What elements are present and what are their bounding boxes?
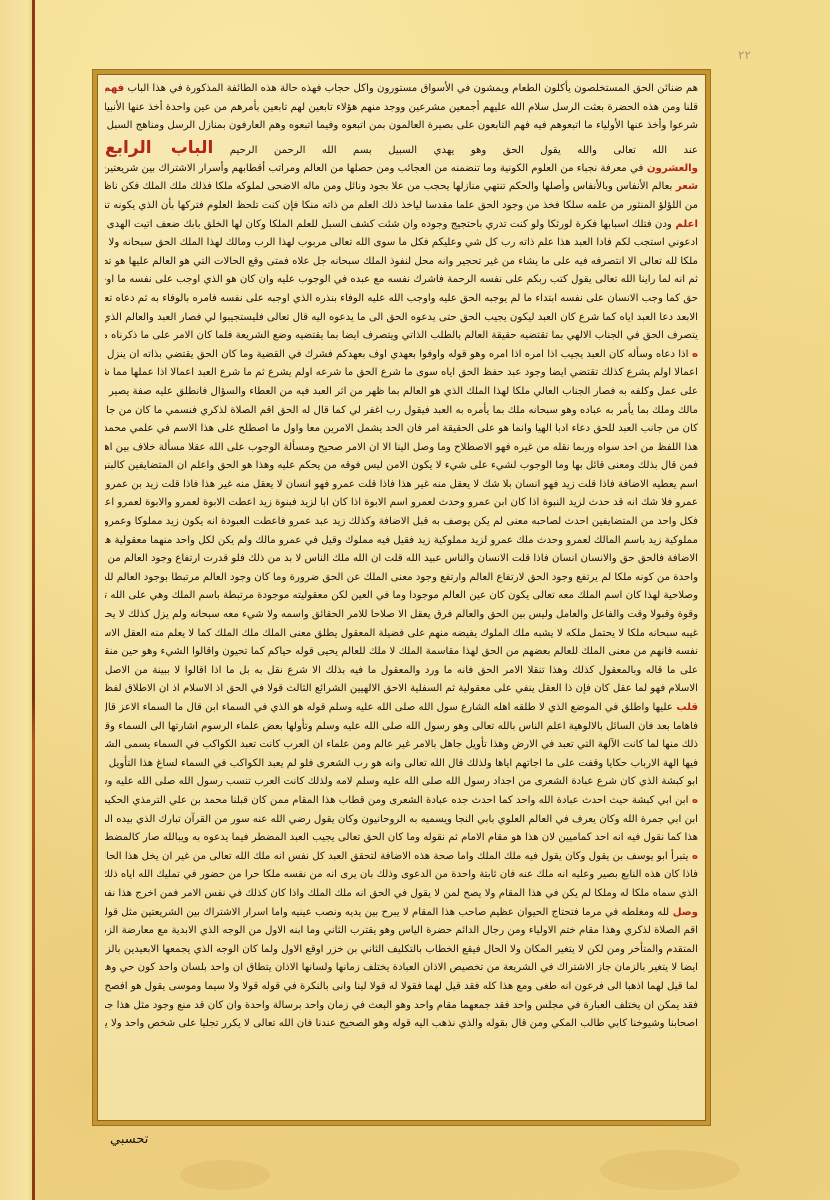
line-text: في معرفة نجباء من العلوم الكونية وما تنض… (105, 163, 643, 174)
text-line: على عمل وكلفه به فصار الجناب العالي ملكا… (105, 383, 698, 402)
rubric-word: فهم (105, 83, 124, 94)
line-text: اذا دعاه وسأله كان العبد يجيب اذا امره ا… (105, 349, 688, 360)
rubric-word: قلب (673, 702, 698, 713)
rubric-word: ه (688, 851, 698, 862)
text-line: فيها الهة الارباب حكايا وقفت على ما اجات… (105, 755, 698, 774)
text-line: كان من جانب العبد للحق دعاء ادبا الهيا و… (105, 420, 698, 439)
line-text: ودن فتلك اسبابها فكرة لورثكا ولو كنت تدر… (105, 219, 672, 230)
text-line: يتصرف الحق في الجناب الالهي بما تقتضيه ح… (105, 327, 698, 346)
rubric-word: وصل (669, 907, 698, 918)
text-line: قلنا ومن هذه الحضرة بعثت الرسل سلام الله… (105, 99, 698, 118)
rubric-word: اعلم (672, 219, 698, 230)
text-line: اسم يعطيه الاضافة فاذا قلت زيد فهو انسان… (105, 476, 698, 495)
text-line: هذا كما نقول فيه انه احد كماميين لان هذا… (105, 829, 698, 848)
line-text: لله ومغلطه في مرما فتحتاج الحيوان عظيم ص… (105, 907, 669, 918)
text-line: فقد يمكن ان يختلف العبارة في مجلس واحد ف… (105, 997, 698, 1016)
text-line: مالك وملك بما يأمر به عباده وهو سبحانه م… (105, 402, 698, 421)
text-line: فاذا كان هذه النابع بصير وعليه انه ملك ع… (105, 866, 698, 885)
text-line: اعلم ودن فتلك اسبابها فكرة لورثكا ولو كن… (105, 216, 698, 235)
text-line: شعر بعالم الأنفاس وبالأنفاس وأصلها والحك… (105, 178, 698, 197)
binding-gutter-line (32, 0, 35, 1200)
text-line: شرعوا وأخذ عنها الأولياء ما اتبعوهم فيه … (105, 117, 698, 136)
catchword: تحسبي (110, 1132, 148, 1147)
text-line: نفسه فانهم من معنى الملك للعالم بعضهم من… (105, 643, 698, 662)
text-line: ذلك منها لما كانت الآلهة التي تعبد في ال… (105, 736, 698, 755)
text-line: اقم الصلاة لذكري وهذا مقام ختم الاولياء … (105, 922, 698, 941)
line-text: ابن ابي كبشة حيث احدث عبادة الله واحد كم… (105, 795, 688, 806)
text-line: والعشرون في معرفة نجباء من العلوم الكوني… (105, 160, 698, 179)
text-line: ابو كبشة الذي كان شرع عبادة الشعرى من اج… (105, 773, 698, 792)
text-line: اعمالا اولم يشرع كذلك تقتضي ايضا وجود عب… (105, 364, 698, 383)
paper-stain (180, 1160, 270, 1190)
chapter-heading-line: عند الله تعالى والله يقول الحق وهو يهدي … (105, 136, 698, 160)
text-line: وقوة وقبولا وقت والفاعل والعامل وليس بين… (105, 606, 698, 625)
text-line: هم ضنائن الحق المستخلصون يأكلون الطعام و… (105, 80, 698, 99)
text-line: على ما قاله وبالمعقول كذلك وهذا تنقلا ال… (105, 662, 698, 681)
text-line: ه اذا دعاه وسأله كان العبد يجيب اذا امره… (105, 346, 698, 365)
line-text: عليها واطلق في الموضع الذي لا طلقه اهله … (461, 702, 673, 713)
text-line: ابن ابي جمرة الله وكان يعرف في العالم ال… (105, 811, 698, 830)
line-text-continuation: سول الله صلى الله عليه وسلم قوله هو الذي… (105, 702, 461, 713)
text-line: المتقدم والمتأخر ومن لكن لا يتغير المكان… (105, 941, 698, 960)
rubric-word: والعشرون (643, 163, 698, 174)
text-line: لما قيل لهما اذهبا الى فرعون انه طغى ومع… (105, 978, 698, 997)
text-line: الذي سماه ملكا له وملكا لم يكن في هذا ال… (105, 885, 698, 904)
manuscript-text-block: هم ضنائن الحق المستخلصون يأكلون الطعام و… (105, 80, 698, 1115)
paper-stain (600, 1150, 740, 1190)
rubric-word: ه (688, 795, 698, 806)
text-line: من اللؤلؤ المنثور من علمه سلكا فخذ من وج… (105, 197, 698, 216)
text-line: غيبه سبحانه ملكا لا يحتمل ملكه لا يشبه م… (105, 625, 698, 644)
text-line: الابعد دعا العبد اياه كما شرع كان العبد … (105, 309, 698, 328)
text-line: عمرو فلا شك انه قد حدث لزيد النبوة اذا ك… (105, 494, 698, 513)
text-line: حق كما وجب الانسان على نفسه ابتداء ما لم… (105, 290, 698, 309)
text-line: اصحابنا وشيوخنا كابي طالب المكي ومن قال … (105, 1015, 698, 1034)
text-line: ه ابن ابي كبشة حيث احدث عبادة الله واحد … (105, 792, 698, 811)
folio-number: ٢٢ (738, 48, 751, 62)
text-line: وصلاحية لهذا كان اسم الملك معه تعالى يكو… (105, 587, 698, 606)
rubric-word: ه (688, 349, 698, 360)
line-text: عند الله تعالى والله يقول الحق وهو يهدي … (213, 145, 698, 156)
text-line: ادعوني استجب لكم فادا العبد هذا علم ذاته… (105, 234, 698, 253)
text-line: ه يتبرأ ابو يوسف بن يقول وكان يقول فيه م… (105, 848, 698, 867)
text-line: ايضا لا يتغير بالزمان جاز الاشتراك في ال… (105, 959, 698, 978)
line-text: هم ضنائن الحق المستخلصون يأكلون الطعام و… (124, 83, 698, 94)
text-frame-border: هم ضنائن الحق المستخلصون يأكلون الطعام و… (93, 70, 710, 1125)
text-line: وصل لله ومغلطه في مرما فتحتاج الحيوان عظ… (105, 904, 698, 923)
text-line: الاضافة فالحق حق والانسان انسان فاذا قلت… (105, 550, 698, 569)
text-line: مملوكية زيد باسم المالك لعمرو وحدث ملك ع… (105, 532, 698, 551)
text-line: قلب عليها واطلق في الموضع الذي لا طلقه ا… (105, 699, 698, 718)
chapter-title-rubric: الباب الرابع (105, 138, 213, 158)
facing-page-edge (0, 0, 34, 1200)
rubric-word: شعر (672, 181, 698, 192)
text-line: فاهاما بعد فان السائل بالالوهية اعلم الن… (105, 718, 698, 737)
text-line: ثم انه لما راينا الله تعالى يقول كتب ربك… (105, 271, 698, 290)
text-line: هذا اللفظ من احد سواه وربما نقله من غيره… (105, 439, 698, 458)
text-line: الاسلام فهو لما عقل كان فإن ذا العقل ينف… (105, 680, 698, 699)
text-line: ملكا لله تعالى الا انتصرفه فيه على ما يش… (105, 253, 698, 272)
line-text: يتبرأ ابو يوسف بن يقول وكان يقول فيه ملك… (105, 851, 688, 862)
text-line: فكل واحد من المتضايفين احدث لصاحبه معنى … (105, 513, 698, 532)
line-text: بعالم الأنفاس وبالأنفاس وأصلها والحكم تن… (105, 181, 672, 192)
text-line: فمن قال بذلك ومعنى قائل بها وما الوجوب ل… (105, 457, 698, 476)
text-line: واحدة من كونه ملكا لم يرتفع وجود الحق لا… (105, 569, 698, 588)
